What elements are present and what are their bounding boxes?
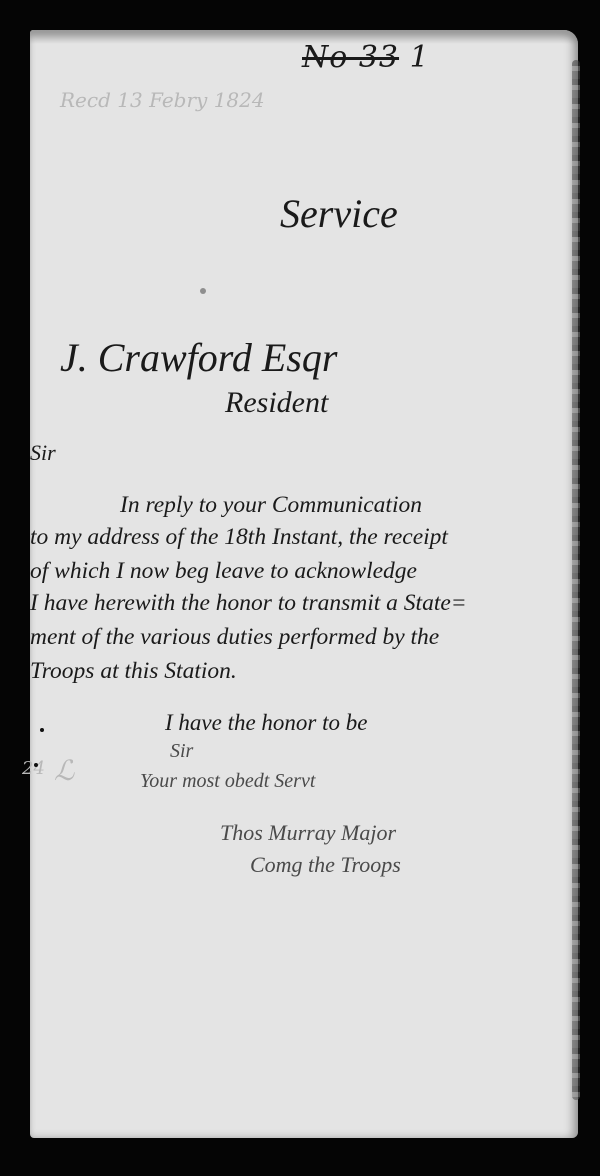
salutation: Sir [30, 440, 56, 466]
ink-blot [200, 288, 206, 294]
document-number: No 33 1 [302, 40, 430, 75]
received-note: Recd 13 Febry 1824 [60, 88, 265, 112]
addressee-title: Resident [225, 386, 328, 420]
signature-role: Comg the Troops [250, 852, 401, 878]
margin-number: 24 [22, 758, 45, 779]
ink-dot [40, 728, 44, 732]
body-line: I have herewith the honor to transmit a … [30, 590, 467, 617]
body-line: ment of the various duties performed by … [30, 624, 439, 651]
body-line: to my address of the 18th Instant, the r… [30, 524, 448, 551]
closing-line: I have the honor to be [165, 710, 367, 736]
closing-line: Sir [170, 740, 193, 763]
document-number-mark: 1 [410, 40, 430, 75]
body-line: In reply to your Communication [120, 492, 422, 519]
letter-heading: Service [280, 190, 398, 237]
letter-page: No 33 1 Recd 13 Febry 1824 Service J. Cr… [30, 30, 578, 1138]
signature-name: Thos Murray Major [220, 820, 396, 846]
body-line: of which I now beg leave to acknowledge [30, 558, 417, 585]
body-line: Troops at this Station. [30, 658, 237, 685]
closing-line: Your most obedt Servt [140, 770, 315, 793]
document-number-label: No 33 [302, 40, 399, 75]
addressee-name: J. Crawford Esqr [60, 334, 337, 381]
margin-mark: ℒ [54, 754, 74, 787]
ink-dot [34, 763, 38, 767]
